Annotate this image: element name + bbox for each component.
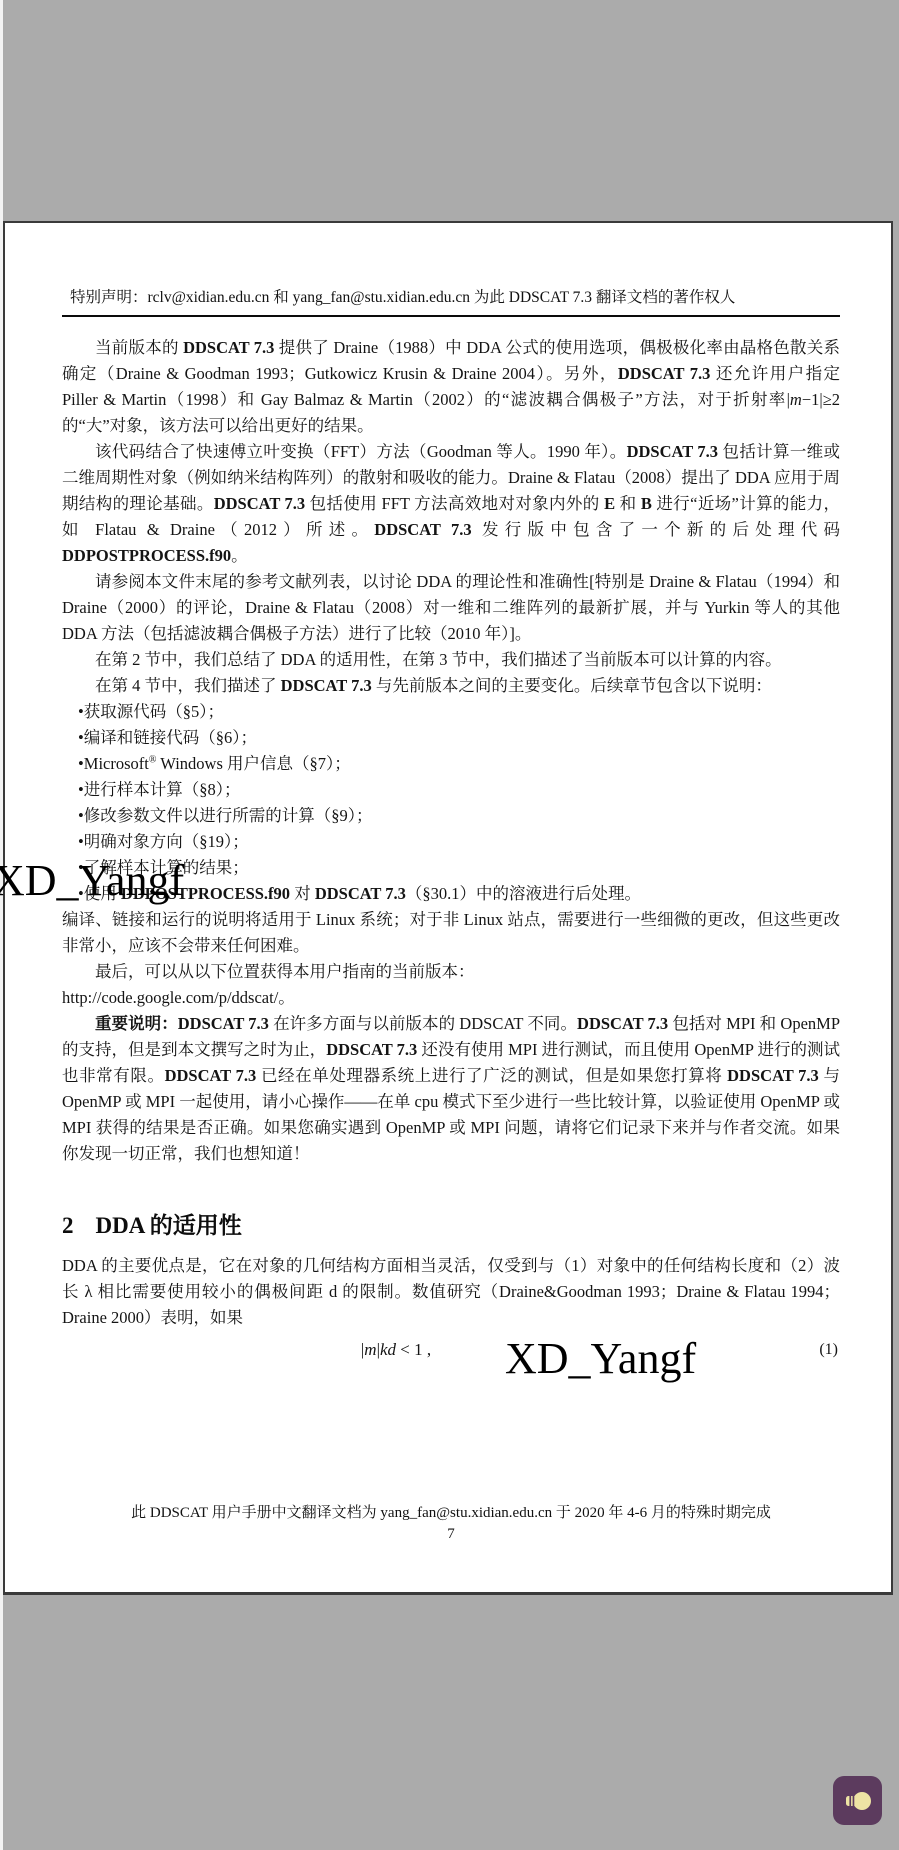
paragraph: 请参阅本文件末尾的参考文献列表，以讨论 DDA 的理论性和准确性[特别是 Dra… (62, 569, 840, 647)
copyright-notice: 特别声明：rclv@xidian.edu.cn 和 yang_fan@stu.x… (62, 287, 840, 317)
bullet-item: •Microsoft® Windows 用户信息（§7）； (62, 751, 840, 777)
bullet-item: •使用 DDPOSTPROCESS.f90 对 DDSCAT 7.3（§30.1… (62, 881, 840, 907)
paragraph: 最后，可以从以下位置获得本用户指南的当前版本： (62, 959, 840, 985)
paragraph: http://code.google.com/p/ddscat/。 (62, 985, 840, 1011)
bullet-item: •获取源代码（§5）； (62, 699, 840, 725)
bullet-item: •了解样本计算的结果； (62, 855, 840, 881)
bullet-item: •修改参数文件以进行所需的计算（§9）； (62, 803, 840, 829)
section-heading: 2DDA 的适用性 (62, 1211, 840, 1241)
paragraph: 在第 4 节中，我们描述了 DDSCAT 7.3 与先前版本之间的主要变化。后续… (62, 673, 840, 699)
paragraph: 当前版本的 DDSCAT 7.3 提供了 Draine（1988）中 DDA 公… (62, 335, 840, 439)
equation: |m|kd < 1 ,(1) (62, 1337, 840, 1363)
page-number: 7 (62, 1524, 840, 1545)
lightbulb-icon (840, 1783, 876, 1819)
paragraph: 在第 2 节中，我们总结了 DDA 的适用性，在第 3 节中，我们描述了当前版本… (62, 647, 840, 673)
bullet-item: •明确对象方向（§19）； (62, 829, 840, 855)
paragraph: 重要说明：DDSCAT 7.3 在许多方面与以前版本的 DDSCAT 不同。DD… (62, 1011, 840, 1167)
equation-number: (1) (819, 1337, 838, 1363)
document-page: 特别声明：rclv@xidian.edu.cn 和 yang_fan@stu.x… (3, 221, 893, 1595)
document-body: 当前版本的 DDSCAT 7.3 提供了 Draine（1988）中 DDA 公… (62, 335, 840, 1363)
paragraph: DDA 的主要优点是，它在对象的几何结构方面相当灵活，仅受到与（1）对象中的任何… (62, 1253, 840, 1331)
paragraph: 该代码结合了快速傅立叶变换（FFT）方法（Goodman 等人。1990 年）。… (62, 439, 840, 569)
page-footer: 此 DDSCAT 用户手册中文翻译文档为 yang_fan@stu.xidian… (62, 1503, 840, 1545)
footer-note: 此 DDSCAT 用户手册中文翻译文档为 yang_fan@stu.xidian… (62, 1503, 840, 1524)
bullet-item: •编译和链接代码（§6）； (62, 725, 840, 751)
lightbulb-fab-button[interactable] (833, 1776, 882, 1825)
bullet-item: •进行样本计算（§8）； (62, 777, 840, 803)
paragraph: 编译、链接和运行的说明将适用于 Linux 系统；对于非 Linux 站点，需要… (62, 907, 840, 959)
